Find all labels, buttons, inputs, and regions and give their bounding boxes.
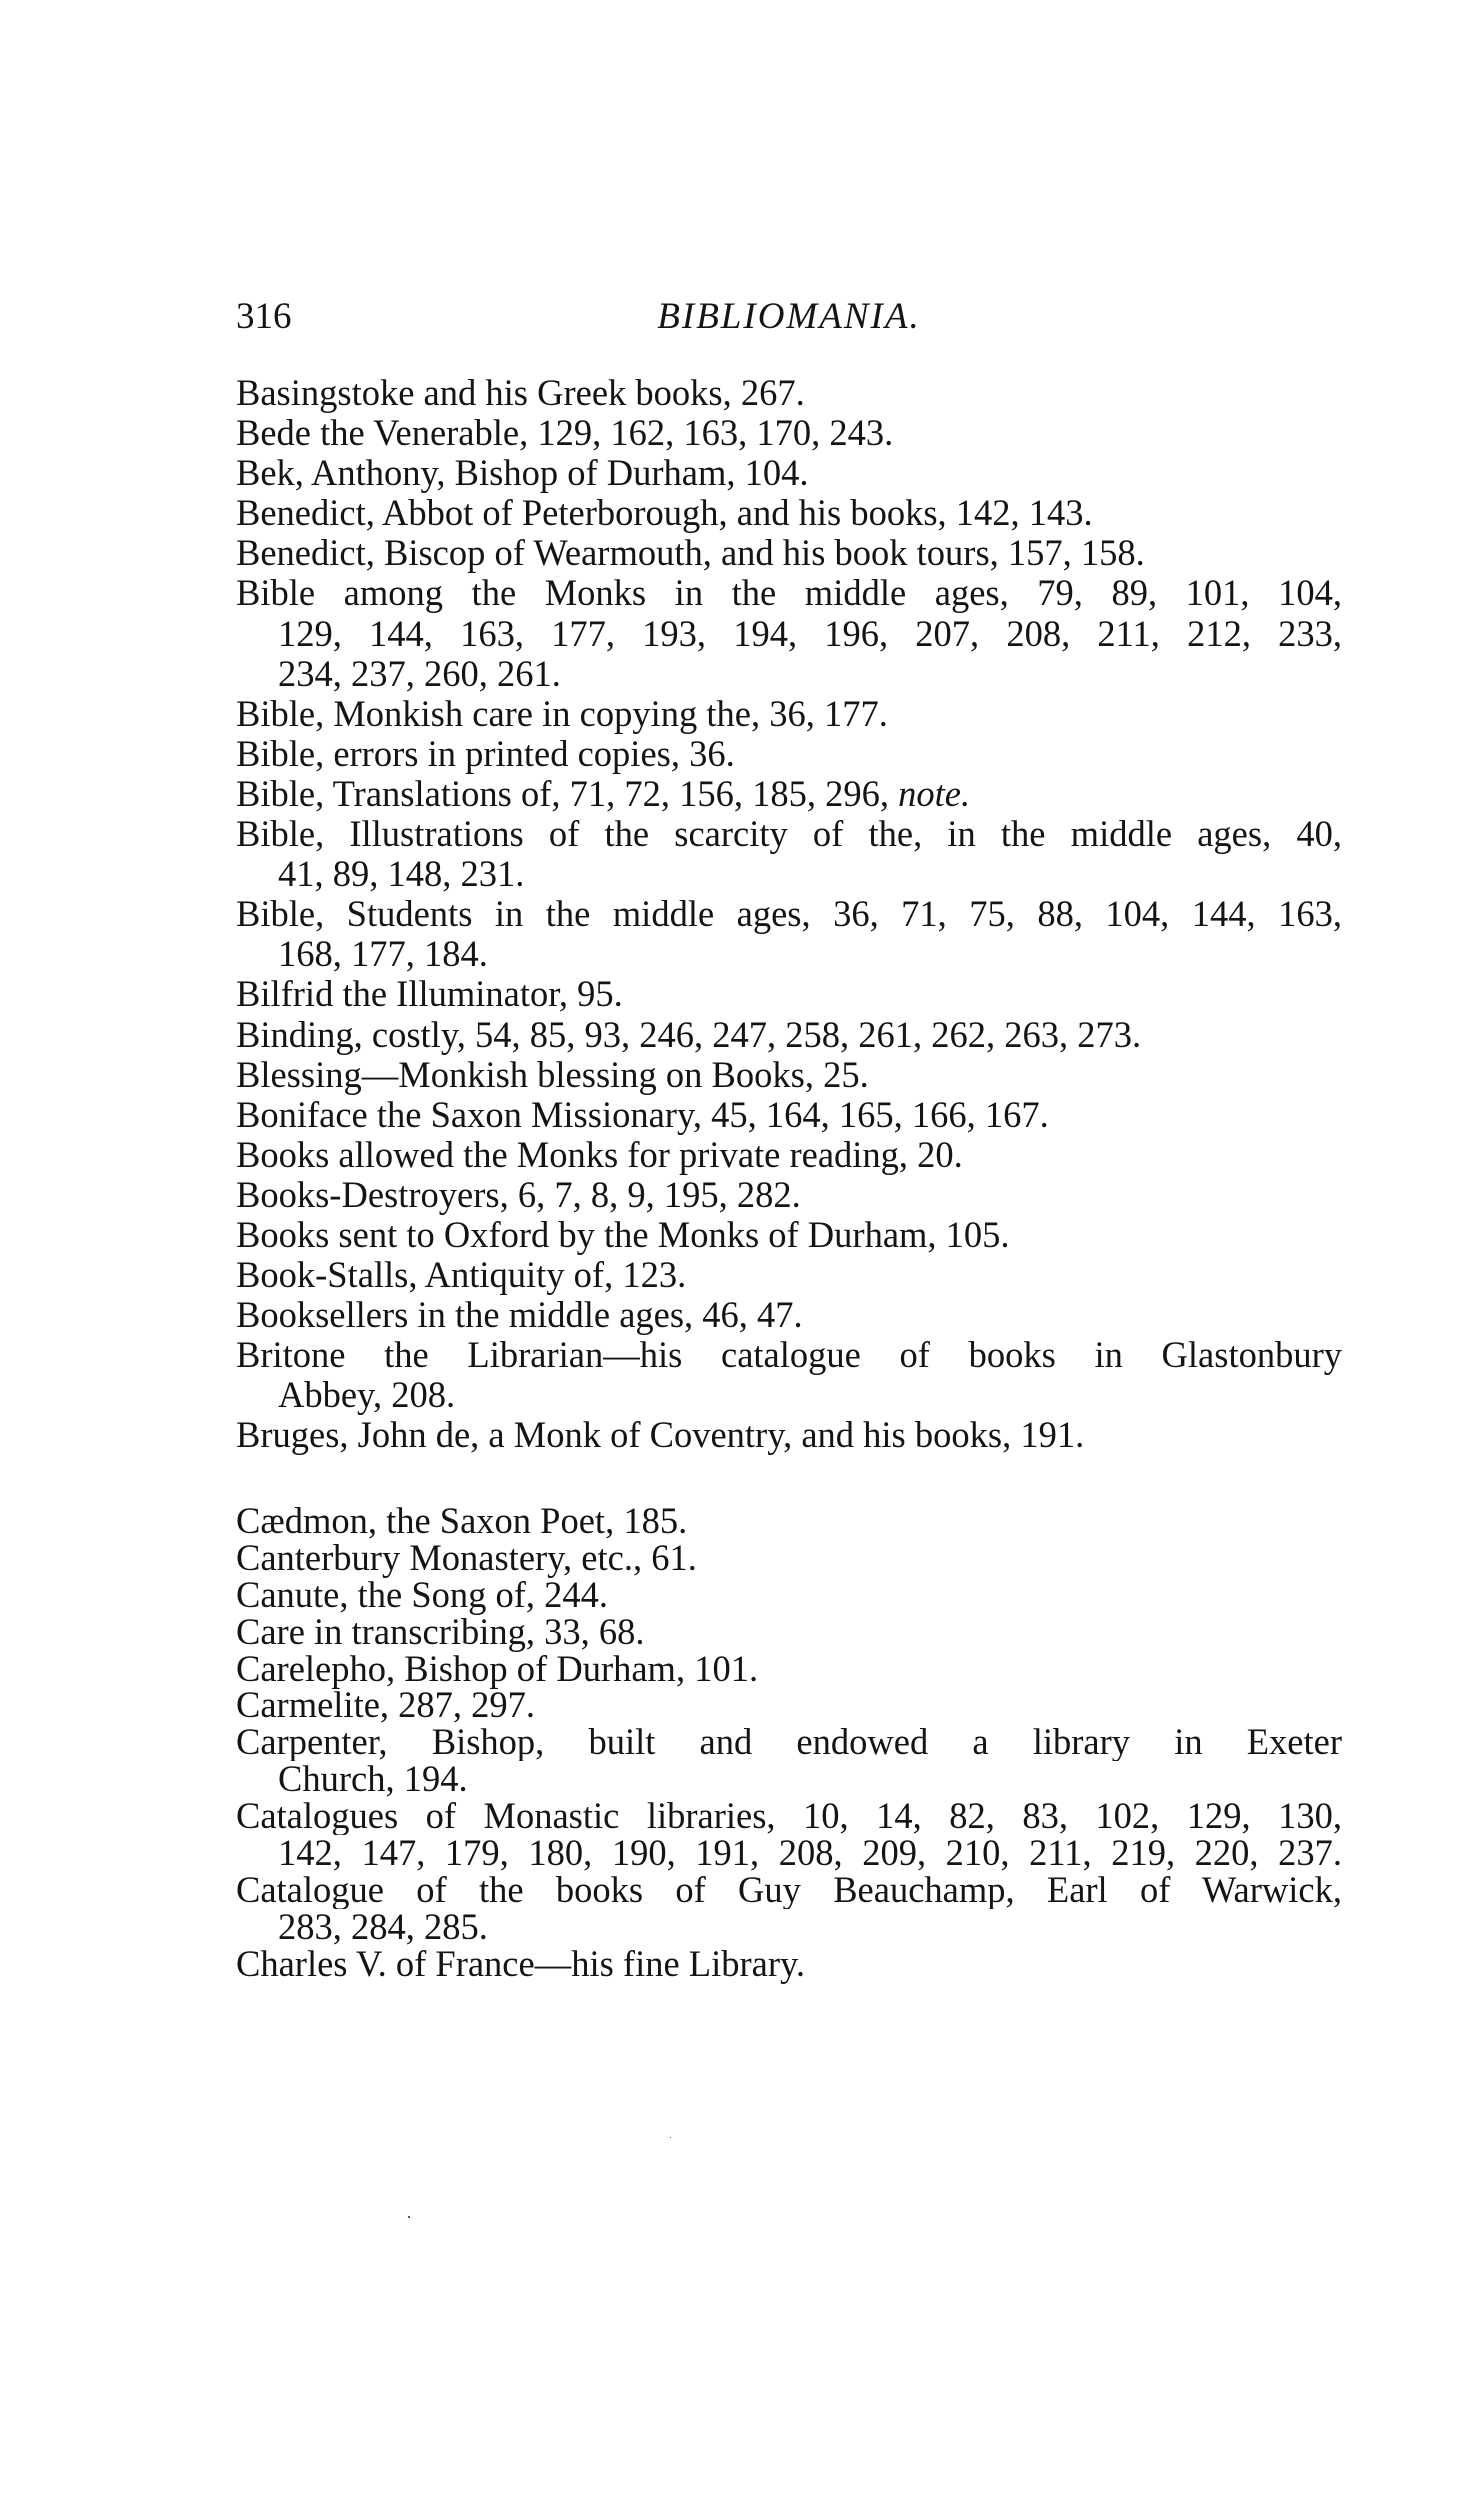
index-entry-text: Bilfrid the Illuminator, 95. xyxy=(236,973,623,1014)
scan-speck xyxy=(670,2137,671,2138)
index-entry-text: 234, 237, 260, 261. xyxy=(278,653,561,694)
index-entry-text: Britone the Librarian—his catalogue of b… xyxy=(236,1335,1342,1375)
index-entry-continuation: Church, 194. xyxy=(236,1761,1342,1798)
index-entry-text: Booksellers in the middle ages, 46, 47. xyxy=(236,1294,803,1335)
index-entry: Benedict, Biscop of Wearmouth, and his b… xyxy=(236,533,1342,573)
index-entry-text: Church, 194. xyxy=(278,1758,468,1799)
index-entry-text: 168, 177, 184. xyxy=(278,933,488,974)
index-entry: Boniface the Saxon Missionary, 45, 164, … xyxy=(236,1095,1342,1135)
index-entry-text: Carelepho, Bishop of Durham, 101. xyxy=(236,1648,758,1689)
index-entry: Catalogues of Monastic libraries, 10, 14… xyxy=(236,1798,1342,1835)
index-entry-text: Catalogues of Monastic libraries, 10, 14… xyxy=(236,1798,1342,1835)
index-entry-text: 283, 284, 285. xyxy=(278,1906,488,1947)
index-entry: Bruges, John de, a Monk of Coventry, and… xyxy=(236,1415,1342,1455)
index-entry-continuation: 234, 237, 260, 261. xyxy=(236,654,1342,694)
index-entry: Bible, Translations of, 71, 72, 156, 185… xyxy=(236,774,1342,814)
index-entry: Books allowed the Monks for private read… xyxy=(236,1135,1342,1175)
index-entry: Bible, Illustrations of the scarcity of … xyxy=(236,814,1342,854)
index-entry: Basingstoke and his Greek books, 267. xyxy=(236,373,1342,413)
index-entry-text: Bible, Translations of, 71, 72, 156, 185… xyxy=(236,773,889,814)
index-entry-text: Benedict, Abbot of Peterborough, and his… xyxy=(236,492,1093,533)
index-entry: Bible among the Monks in the middle ages… xyxy=(236,573,1342,613)
index-entry-text: 129, 144, 163, 177, 193, 194, 196, 207, … xyxy=(278,614,1342,654)
index-section-b: Basingstoke and his Greek books, 267.Bed… xyxy=(236,373,1342,1456)
index-entry: Cædmon, the Saxon Poet, 185. xyxy=(236,1503,1342,1540)
index-entry: Book-Stalls, Antiquity of, 123. xyxy=(236,1255,1342,1295)
index-entry-text: Catalogue of the books of Guy Beauchamp,… xyxy=(236,1872,1342,1909)
index-entry-text: Bede the Venerable, 129, 162, 163, 170, … xyxy=(236,412,893,453)
index-entry-text: Care in transcribing, 33, 68. xyxy=(236,1611,645,1652)
index-entry: Blessing—Monkish blessing on Books, 25. xyxy=(236,1055,1342,1095)
index-entry-text: Bek, Anthony, Bishop of Durham, 104. xyxy=(236,452,809,493)
index-entry-text: Basingstoke and his Greek books, 267. xyxy=(236,372,805,413)
index-entry: Bible, Students in the middle ages, 36, … xyxy=(236,894,1342,934)
index-entry: Books-Destroyers, 6, 7, 8, 9, 195, 282. xyxy=(236,1175,1342,1215)
index-entry-text: Carmelite, 287, 297. xyxy=(236,1684,535,1725)
index-entry-text: Bible, Monkish care in copying the, 36, … xyxy=(236,693,888,734)
index-entry-continuation: 41, 89, 148, 231. xyxy=(236,854,1342,894)
index-entry-continuation: Abbey, 208. xyxy=(236,1375,1342,1415)
index-entry-continuation: 168, 177, 184. xyxy=(236,934,1342,974)
index-entry: Bek, Anthony, Bishop of Durham, 104. xyxy=(236,453,1342,493)
index-entry-text: Blessing—Monkish blessing on Books, 25. xyxy=(236,1054,869,1095)
index-entry-continuation: 142, 147, 179, 180, 190, 191, 208, 209, … xyxy=(236,1835,1342,1872)
index-entry: Bede the Venerable, 129, 162, 163, 170, … xyxy=(236,413,1342,453)
index-entry-text: Book-Stalls, Antiquity of, 123. xyxy=(236,1254,686,1295)
index-entry-text: Bible, Students in the middle ages, 36, … xyxy=(236,894,1342,934)
index-entry: Canterbury Monastery, etc., 61. xyxy=(236,1540,1342,1577)
index-entry: Binding, costly, 54, 85, 93, 246, 247, 2… xyxy=(236,1015,1342,1055)
index-entry: Carpenter, Bishop, built and endowed a l… xyxy=(236,1724,1342,1761)
index-entry-text: Bruges, John de, a Monk of Coventry, and… xyxy=(236,1414,1084,1455)
index-entry: Charles V. of France—his fine Library. xyxy=(236,1946,1342,1983)
index-entry-continuation: 283, 284, 285. xyxy=(236,1909,1342,1946)
index-entry-continuation: 129, 144, 163, 177, 193, 194, 196, 207, … xyxy=(236,614,1342,654)
index-entry-text: Binding, costly, 54, 85, 93, 246, 247, 2… xyxy=(236,1014,1141,1055)
running-title: BIBLIOMANIA. xyxy=(236,297,1342,337)
index-entry: Benedict, Abbot of Peterborough, and his… xyxy=(236,493,1342,533)
index-entry-text: Boniface the Saxon Missionary, 45, 164, … xyxy=(236,1094,1049,1135)
index-entry: Care in transcribing, 33, 68. xyxy=(236,1614,1342,1651)
index-entry-text: Books sent to Oxford by the Monks of Dur… xyxy=(236,1214,1010,1255)
index-entry: Booksellers in the middle ages, 46, 47. xyxy=(236,1295,1342,1335)
index-entry-text: Books allowed the Monks for private read… xyxy=(236,1134,963,1175)
index-entry-note: note. xyxy=(898,773,970,814)
index-entry-text: Carpenter, Bishop, built and endowed a l… xyxy=(236,1724,1342,1761)
index-entry-text: Benedict, Biscop of Wearmouth, and his b… xyxy=(236,532,1145,573)
index-entry: Bible, Monkish care in copying the, 36, … xyxy=(236,694,1342,734)
index-entry: Books sent to Oxford by the Monks of Dur… xyxy=(236,1215,1342,1255)
index-entry-text: Books-Destroyers, 6, 7, 8, 9, 195, 282. xyxy=(236,1174,801,1215)
scan-speck xyxy=(408,2216,410,2218)
index-entry-text: Canterbury Monastery, etc., 61. xyxy=(236,1537,697,1578)
index-entry-text: Bible, errors in printed copies, 36. xyxy=(236,733,735,774)
index-entry-text: Abbey, 208. xyxy=(278,1374,455,1415)
index-entry: Carelepho, Bishop of Durham, 101. xyxy=(236,1651,1342,1688)
index-entry: Bible, errors in printed copies, 36. xyxy=(236,734,1342,774)
index-entry: Canute, the Song of, 244. xyxy=(236,1577,1342,1614)
index-entry-text: Charles V. of France—his fine Library. xyxy=(236,1943,805,1984)
index-entry-text: Bible, Illustrations of the scarcity of … xyxy=(236,814,1342,854)
index-section-c: Cædmon, the Saxon Poet, 185.Canterbury M… xyxy=(236,1503,1342,1983)
index-entry-text: 41, 89, 148, 231. xyxy=(278,853,524,894)
index-entry: Britone the Librarian—his catalogue of b… xyxy=(236,1335,1342,1375)
index-entry: Carmelite, 287, 297. xyxy=(236,1687,1342,1724)
index-entry-text: Bible among the Monks in the middle ages… xyxy=(236,573,1342,613)
index-entry: Bilfrid the Illuminator, 95. xyxy=(236,974,1342,1014)
index-entry-text: Cædmon, the Saxon Poet, 185. xyxy=(236,1500,687,1541)
index-entry: Catalogue of the books of Guy Beauchamp,… xyxy=(236,1872,1342,1909)
index-entry-text: 142, 147, 179, 180, 190, 191, 208, 209, … xyxy=(278,1835,1342,1872)
index-entry-text: Canute, the Song of, 244. xyxy=(236,1574,608,1615)
